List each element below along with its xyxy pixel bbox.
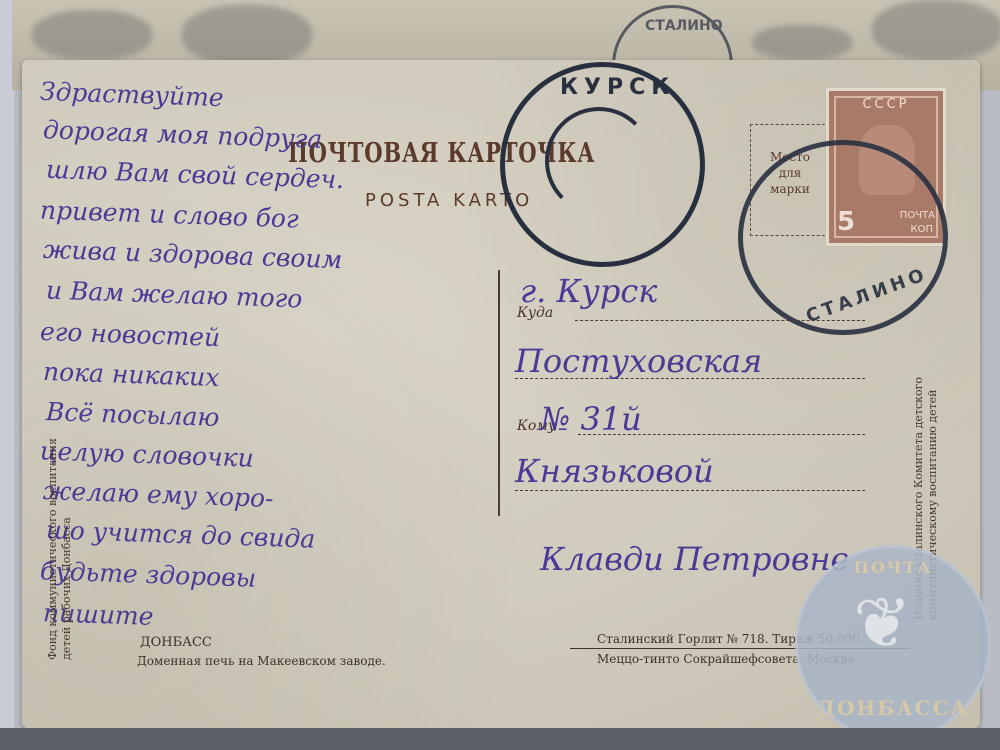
tree-shape xyxy=(32,10,152,60)
caption-left: Доменная печь на Макеевском заводе. xyxy=(137,654,386,668)
tree-shape xyxy=(872,0,1000,60)
sleeve-bottom-edge xyxy=(0,728,1000,750)
tree-shape xyxy=(752,25,852,60)
watermark-seal: ПОЧТА ❦ ДОНБАССА xyxy=(795,545,991,741)
address-line xyxy=(575,320,865,321)
tree-shape xyxy=(182,5,312,65)
left-side-text: Фонд коммунистического воспитания детей … xyxy=(46,438,74,660)
address-city: г. Курск xyxy=(520,272,657,310)
address-street: Постуховская xyxy=(515,342,762,380)
letter-line: Всё посылаю xyxy=(46,397,220,432)
letter-line: пока никаких xyxy=(43,357,220,392)
address-number: № 31й xyxy=(540,400,642,438)
caption-heading: ДОНБАСС xyxy=(140,635,212,650)
double-headed-eagle-icon: ❦ xyxy=(853,588,912,658)
plastic-sleeve xyxy=(0,0,14,750)
postmark-stalino: СТАЛИНО xyxy=(738,140,948,335)
postmark-kursk: КУРСК xyxy=(500,62,705,267)
address-line xyxy=(515,490,865,491)
recipient-surname: Князьковой xyxy=(515,452,714,490)
center-divider xyxy=(498,270,500,516)
